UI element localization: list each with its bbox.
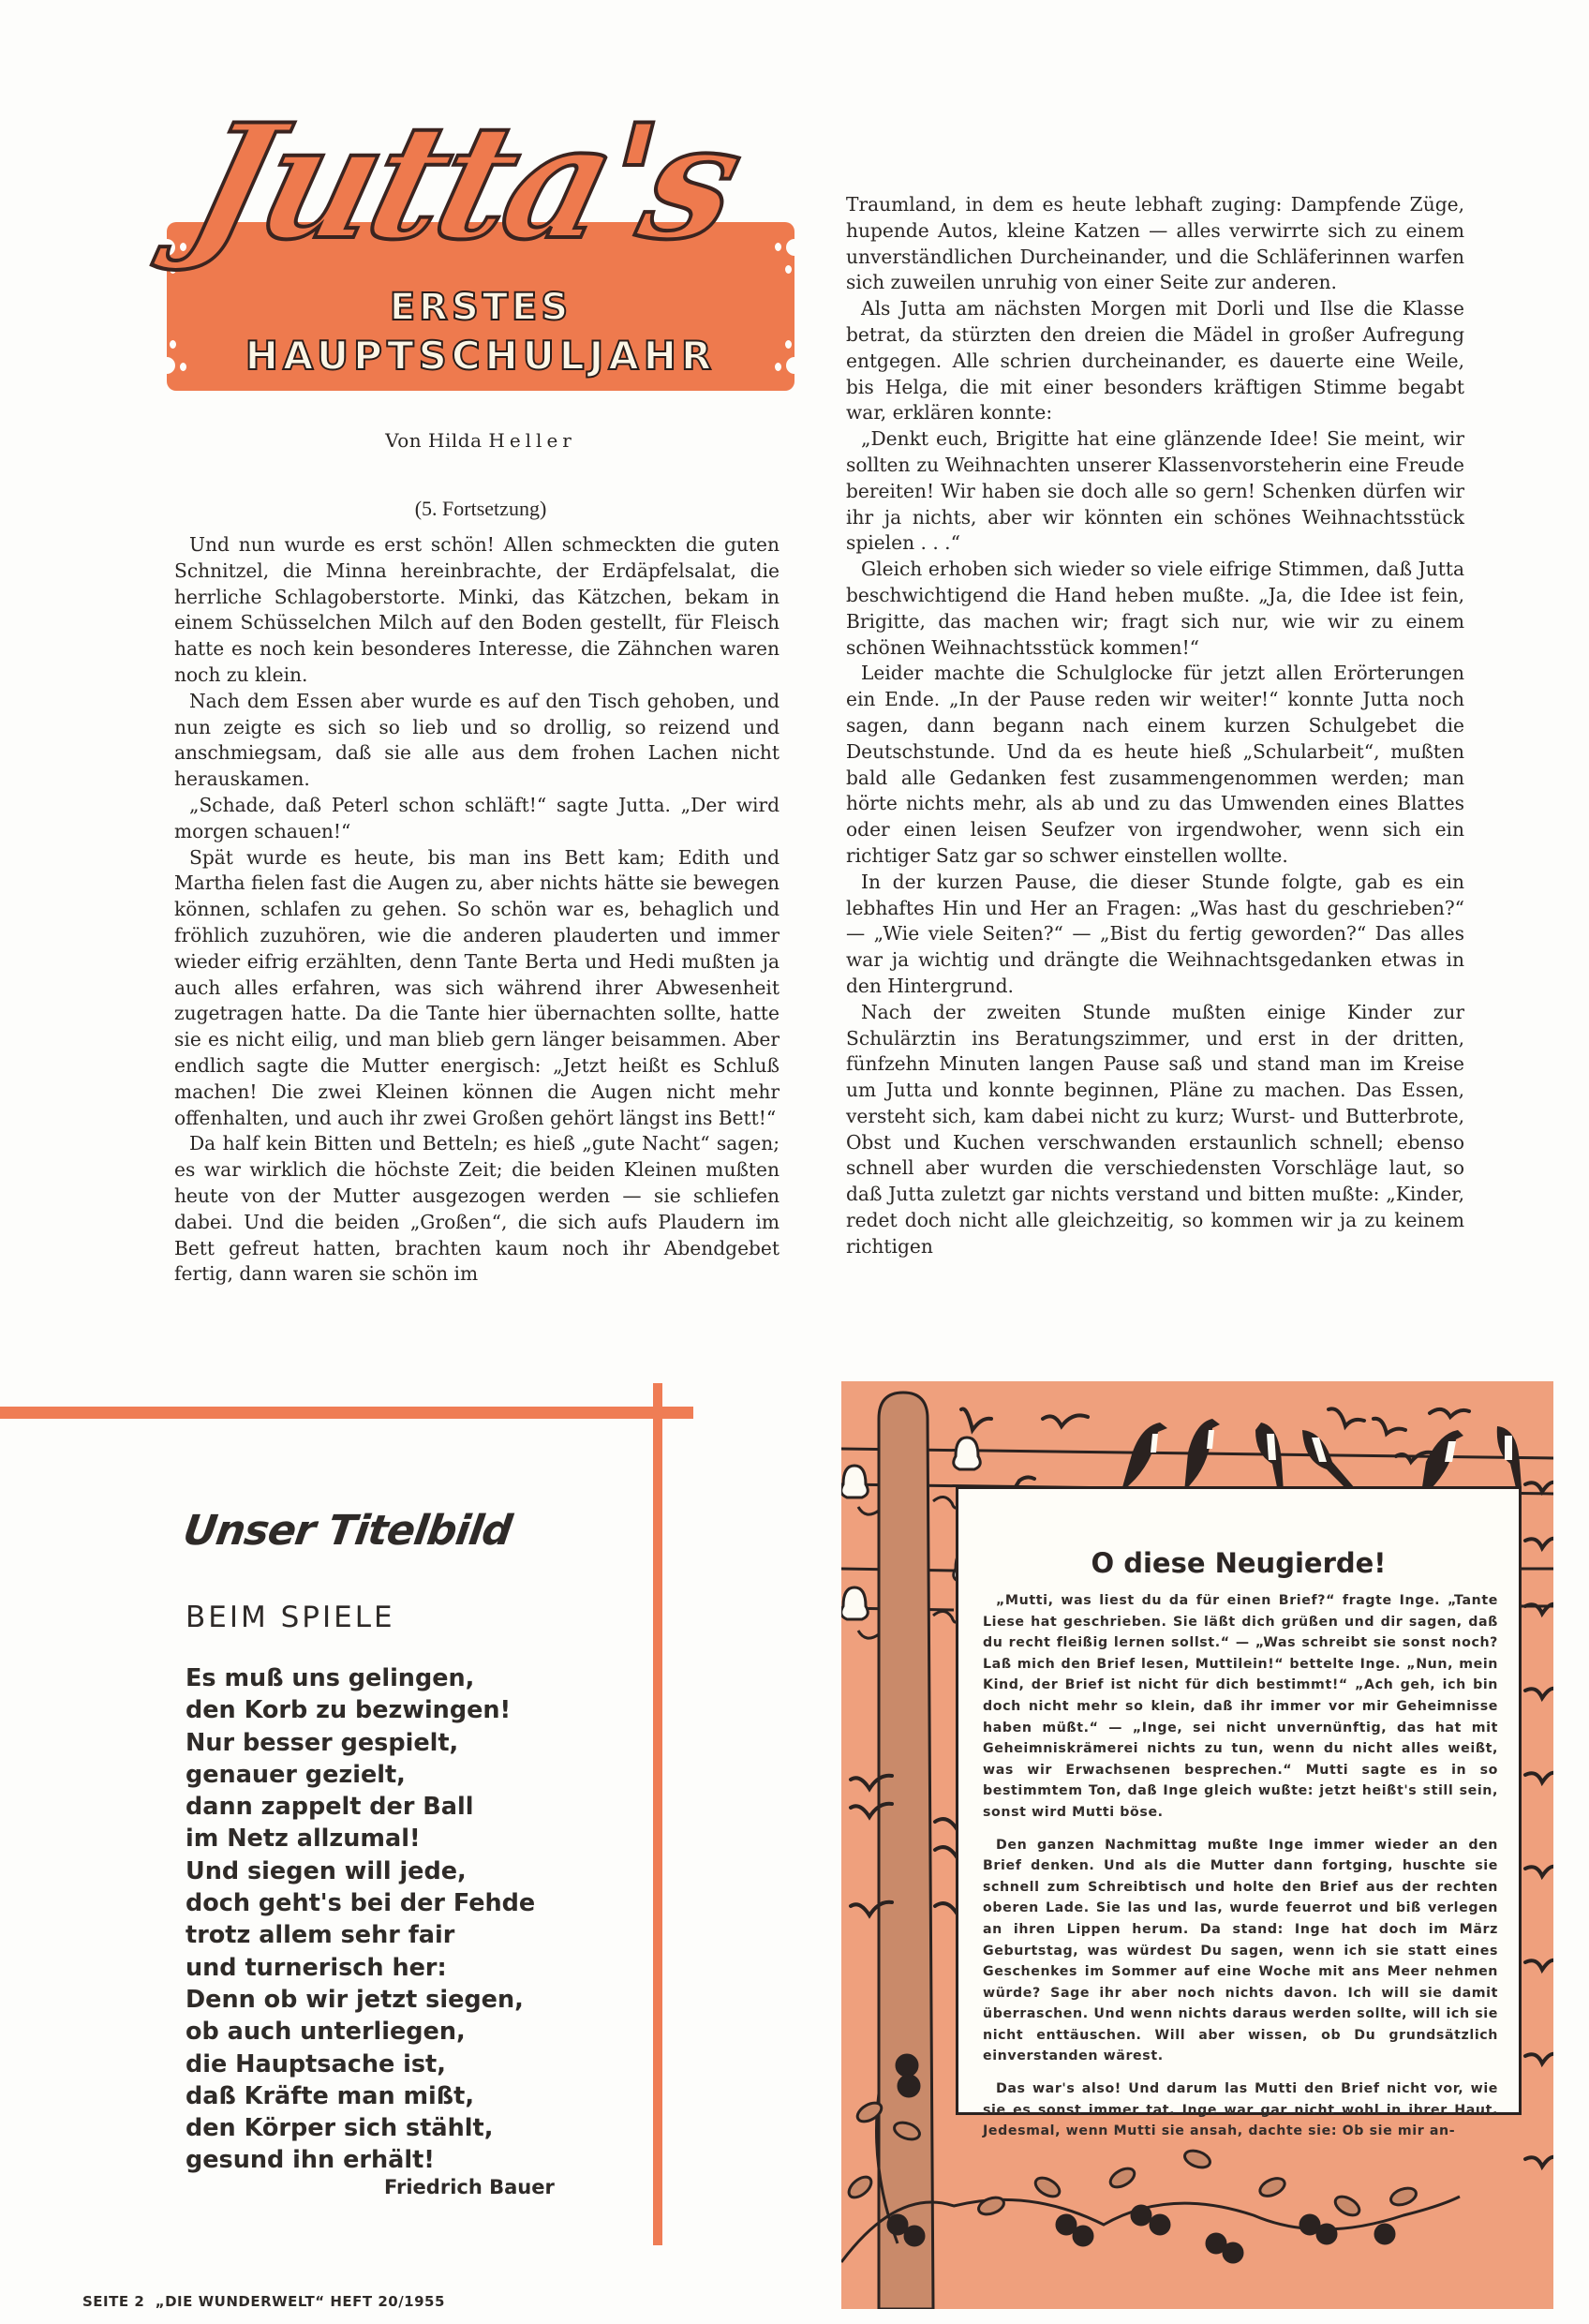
poem-line: genauer gezielt,	[186, 1759, 535, 1791]
poem-line: die Hauptsache ist,	[186, 2048, 535, 2080]
paragraph: Traumland, in dem es heute lebhaft zugin…	[846, 192, 1464, 296]
poem-line: Und siegen will jede,	[186, 1855, 535, 1887]
paragraph: „Denkt euch, Brigitte hat eine glänzende…	[846, 426, 1464, 557]
poem-body: Es muß uns gelingen, den Korb zu bezwing…	[186, 1662, 535, 2177]
illustrated-story-frame: O diese Neugierde! „Mutti, was liest du …	[841, 1381, 1553, 2309]
magazine-name: „DIE WUNDERWELT“	[156, 2293, 325, 2310]
paragraph: Gleich erhoben sich wieder so viele eifr…	[846, 557, 1464, 661]
issue-number: HEFT 20/1955	[330, 2293, 445, 2310]
byline: Von Hilda Heller	[167, 429, 794, 452]
paragraph: Da half kein Bitten und Betteln; es hieß…	[174, 1131, 780, 1288]
poem-line: Denn ob wir jetzt siegen,	[186, 1984, 535, 2016]
article-column-left: Und nun wurde es erst schön! Allen schme…	[174, 532, 780, 1288]
poem-line: doch geht's bei der Fehde	[186, 1887, 535, 1919]
paragraph: „Schade, daß Peterl schon schläft!“ sagt…	[174, 793, 780, 845]
title-line-2: HAUPTSCHULJAHR	[167, 333, 794, 379]
story-panel: O diese Neugierde! „Mutti, was liest du …	[956, 1486, 1522, 2115]
paragraph: „Mutti, was liest du da für einen Brief?…	[983, 1590, 1498, 1824]
poem-line: ob auch unterliegen,	[186, 2016, 535, 2048]
vertical-divider	[653, 1383, 662, 2245]
page-footer: SEITE 2 „DIE WUNDERWELT“ HEFT 20/1955	[82, 2293, 445, 2310]
paragraph: Das war's also! Und darum las Mutti den …	[983, 2078, 1498, 2142]
script-title: Jutta's	[168, 103, 741, 300]
section-kicker: Unser Titelbild	[180, 1507, 513, 1555]
paragraph: Als Jutta am nächsten Morgen mit Dorli u…	[846, 296, 1464, 426]
poem-line: den Korb zu bezwingen!	[186, 1694, 535, 1726]
poem-line: Es muß uns gelingen,	[186, 1662, 535, 1694]
poem-line: und turnerisch her:	[186, 1952, 535, 1984]
paragraph: Den ganzen Nachmittag mußte Inge immer w…	[983, 1835, 1498, 2068]
paragraph: Nach dem Essen aber wurde es auf den Tis…	[174, 689, 780, 793]
installment-label: (5. Fortsetzung)	[167, 497, 794, 521]
story-text: „Mutti, was liest du da für einen Brief?…	[983, 1590, 1498, 2153]
page-number: SEITE 2	[82, 2293, 144, 2310]
poem-title: BEIM SPIELE	[186, 1601, 395, 1634]
poem-line: trotz allem sehr fair	[186, 1919, 535, 1951]
story-title: O diese Neugierde!	[958, 1547, 1519, 1579]
paragraph: Leider machte die Schulglocke für jetzt …	[846, 661, 1464, 869]
paragraph: Und nun wurde es erst schön! Allen schme…	[174, 532, 780, 689]
byline-prefix: Von Hilda	[385, 429, 488, 452]
author-name: Heller	[488, 429, 575, 452]
poem-line: dann zappelt der Ball	[186, 1791, 535, 1823]
horizontal-divider	[0, 1407, 693, 1419]
poem-line: gesund ihn erhält!	[186, 2144, 535, 2176]
paragraph: In der kurzen Pause, die dieser Stunde f…	[846, 870, 1464, 1000]
paragraph: Nach der zweiten Stunde mußten einige Ki…	[846, 1000, 1464, 1260]
poem-line: im Netz allzumal!	[186, 1823, 535, 1855]
poem-author: Friedrich Bauer	[384, 2176, 555, 2198]
poem-line: daß Kräfte man mißt,	[186, 2080, 535, 2112]
poem-line: Nur besser gespielt,	[186, 1727, 535, 1759]
paragraph: Spät wurde es heute, bis man ins Bett ka…	[174, 845, 780, 1132]
poem-line: den Körper sich stählt,	[186, 2112, 535, 2144]
article-column-right: Traumland, in dem es heute lebhaft zugin…	[846, 192, 1464, 1260]
